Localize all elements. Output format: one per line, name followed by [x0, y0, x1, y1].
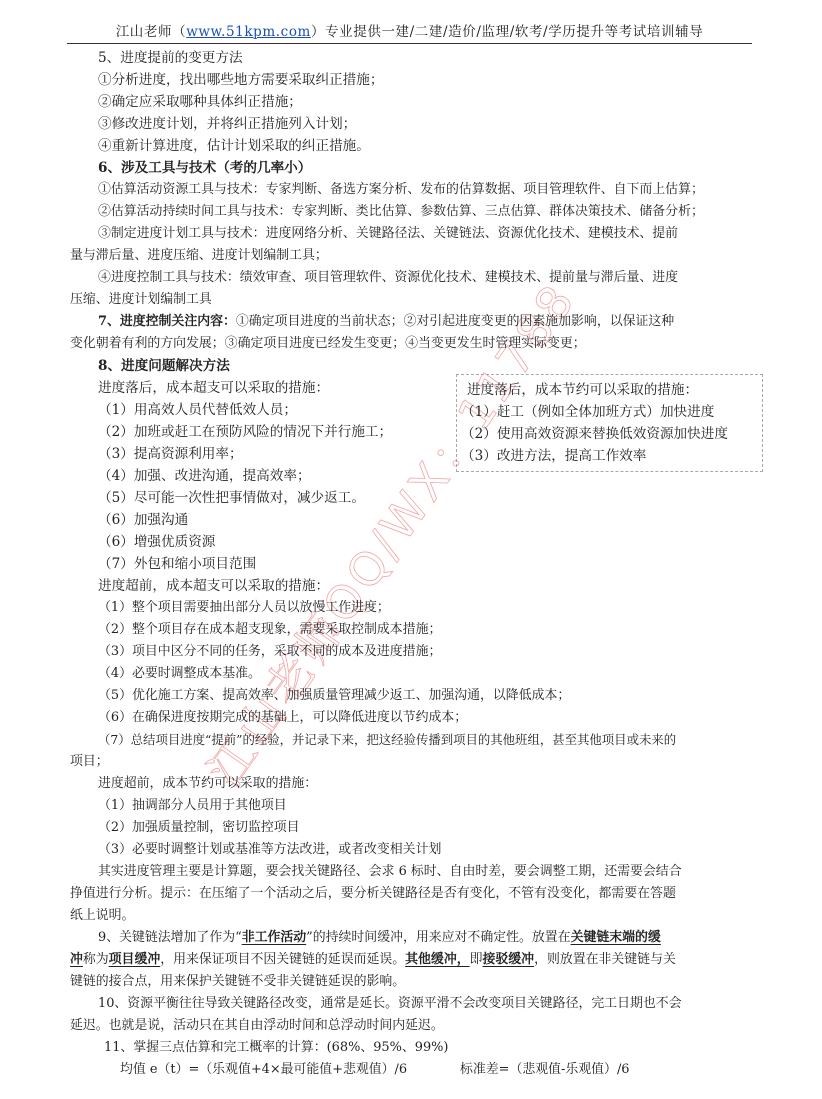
formula-std-dev: 标准差=（悲观值-乐观值）/6: [460, 1060, 630, 1080]
sec6-item: ②估算活动持续时间工具与技术：专家判断、类比估算、参数估算、三点估算、群体决策技…: [98, 202, 704, 222]
sec6-item: ④进度控制工具与技术：绩效审查、项目管理软件、资源优化技术、建模技术、提前量与滞…: [98, 268, 678, 288]
sec9-line2: 冲称为项目缓冲，用来保证项目不因关键链的延误而延误。其他缓冲，即接驳缓冲，则放置…: [70, 950, 676, 970]
sec9-line3: 键链的接合点，用来保护关键链不受非关键链延误的影响。: [70, 972, 405, 992]
text: ，则放置在非关键链与关: [534, 952, 676, 967]
list-item: （2）整个项目存在成本超支现象，需要采取控制成本措施；: [98, 620, 441, 640]
list-item: （3）改进方法，提高工作效率: [461, 446, 646, 466]
list-item: （5）尽可能一次性把事情做对，减少返工。: [98, 488, 365, 508]
text: ”的持续时间缓冲，用来应对不确定性。放置在: [306, 930, 570, 945]
list-item: （6）增强优质资源: [98, 532, 215, 552]
behind-saving-title: 进度落后，成本节约可以采取的措施：: [467, 380, 698, 400]
ahead-saving-title: 进度超前，成本节约可以采取的措施：: [98, 774, 317, 794]
formula-mean: 均值 e（t）=（乐观值+4×最可能值+悲观值）/6: [120, 1060, 407, 1080]
list-item: （6）加强沟通: [98, 510, 188, 530]
header-link[interactable]: www.51kpm.com: [186, 24, 311, 40]
sec8-title: 8、进度问题解决方法: [98, 356, 230, 376]
list-item: （3）必要时调整计划或基准等方法改进，或者改变相关计划: [98, 840, 441, 860]
underlined-term: 关键链末端的缓: [571, 930, 661, 945]
list-item: （3）提高资源利用率；: [98, 444, 243, 464]
list-item: （6）在确保进度按期完成的基础上，可以降低进度以节约成本；: [98, 708, 467, 728]
text: 9、关键链法增加了作为“: [98, 930, 242, 945]
list-item: （3）项目中区分不同的任务，采取不同的成本及进度措施；: [98, 642, 441, 662]
list-item: （2）加班或赶工在预防风险的情况下并行施工；: [98, 422, 392, 442]
list-item: （1）用高效人员代替低效人员；: [98, 400, 297, 420]
list-item: （4）加强、改进沟通，提高效率；: [98, 466, 311, 486]
list-item: 项目；: [70, 752, 109, 772]
sec7-title: 7、进度控制关注内容：: [98, 314, 236, 329]
sec6-title: 6、涉及工具与技术（考的几率小）: [98, 158, 311, 178]
header-suffix: ）专业提供一建/二建/造价/监理/软考/学历提升等考试培训辅导: [311, 24, 703, 40]
sec7-text: ①确定项目进度的当前状态；②对引起进度变更的因素施加影响，以保证这种: [236, 314, 674, 329]
sec5-title: 5、进度提前的变更方法: [98, 48, 243, 68]
list-item: （4）必要时调整成本基准。: [98, 664, 261, 684]
note-line: 其实进度管理主要是计算题，要会找关键路径、会求 6 标时、自由时差，要会调整工期…: [98, 862, 682, 882]
behind-saving-box: 进度落后，成本节约可以采取的措施： （1）赶工（例如全体加班方式）加快进度 （2…: [456, 374, 763, 472]
list-item: （2）使用高效资源来替换低效资源加快进度: [461, 424, 728, 444]
list-item: （1）整个项目需要抽出部分人员以放慢工作进度；: [98, 598, 390, 618]
text: ，用来保证项目不因关键链的延误而延误。: [160, 952, 405, 967]
sec6-item: ③制定进度计划工具与技术：进度网络分析、关键路径法、关键链法、资源优化技术、建模…: [98, 224, 678, 244]
sec10-line2: 延迟。也就是说，活动只在其自由浮动时间和总浮动时间内延迟。: [70, 1016, 444, 1036]
sec6-item: ①估算活动资源工具与技术：专家判断、备选方案分析、发布的估算数据、项目管理软件、…: [98, 180, 704, 200]
underlined-term: 冲: [70, 952, 83, 967]
sec5-item: ①分析进度，找出哪些地方需要采取纠正措施；: [98, 70, 383, 90]
list-item: （7）外包和缩小项目范围: [98, 554, 256, 574]
sec6-item: 压缩、进度计划编制工具: [70, 290, 212, 310]
list-item: （2）加强质量控制，密切监控项目: [98, 818, 300, 838]
sec5-item: ④重新计算进度，估计计划采取的纠正措施。: [98, 136, 370, 156]
list-item: （7）总结项目进度“提前”的经验，并记录下来，把这经验传播到项目的其他班组，甚至…: [98, 730, 676, 750]
sec7-line2: 变化朝着有利的方向发展；③确定项目进度已经发生变更；④当变更发生时管理实际变更；: [70, 334, 586, 354]
underlined-term: 项目缓冲: [109, 952, 161, 967]
behind-overrun-title: 进度落后，成本超支可以采取的措施：: [98, 378, 329, 398]
sec11-title: 11、掌握三点估算和完工概率的计算：(68%、95%、99%): [104, 1038, 448, 1058]
sec10-line1: 10、资源平衡往往导致关键路径改变，通常是延长。资源平滑不会改变项目关键路径，完…: [98, 994, 682, 1014]
ahead-overrun-title: 进度超前，成本超支可以采取的措施：: [98, 576, 329, 596]
page-header: 江山老师（www.51kpm.com）专业提供一建/二建/造价/监理/软考/学历…: [67, 20, 752, 42]
text: 即: [470, 952, 483, 967]
underlined-term: 接驳缓冲: [483, 952, 535, 967]
note-line: 挣值进行分析。提示：在压缩了一个活动之后，要分析关键路径是否有变化，不管有没变化…: [70, 884, 676, 904]
sec6-item: 量与滞后量、进度压缩、进度计划编制工具；: [70, 246, 328, 266]
list-item: （5）优化施工方案、提高效率、加强质量管理减少返工、加强沟通，以降低成本；: [98, 686, 570, 706]
sec9-line1: 9、关键链法增加了作为“非工作活动”的持续时间缓冲，用来应对不确定性。放置在关键…: [98, 928, 661, 948]
list-item: （1）赶工（例如全体加班方式）加快进度: [461, 402, 714, 422]
sec5-item: ②确定应采取哪种具体纠正措施；: [98, 92, 302, 112]
underlined-term: 非工作活动: [242, 930, 306, 945]
document-page: 江山老师QQ/WX：11788 江山老师（www.51kpm.com）专业提供一…: [0, 0, 822, 1099]
header-rule: [67, 43, 752, 44]
header-prefix: 江山老师（: [116, 24, 187, 40]
note-line: 纸上说明。: [70, 906, 134, 926]
sec5-item: ③修改进度计划，并将纠正措施列入计划；: [98, 114, 356, 134]
sec7-line1: 7、进度控制关注内容：①确定项目进度的当前状态；②对引起进度变更的因素施加影响，…: [98, 312, 674, 332]
text: 称为: [83, 952, 109, 967]
underlined-term: 其他缓冲，: [405, 952, 469, 967]
list-item: （1）抽调部分人员用于其他项目: [98, 796, 287, 816]
